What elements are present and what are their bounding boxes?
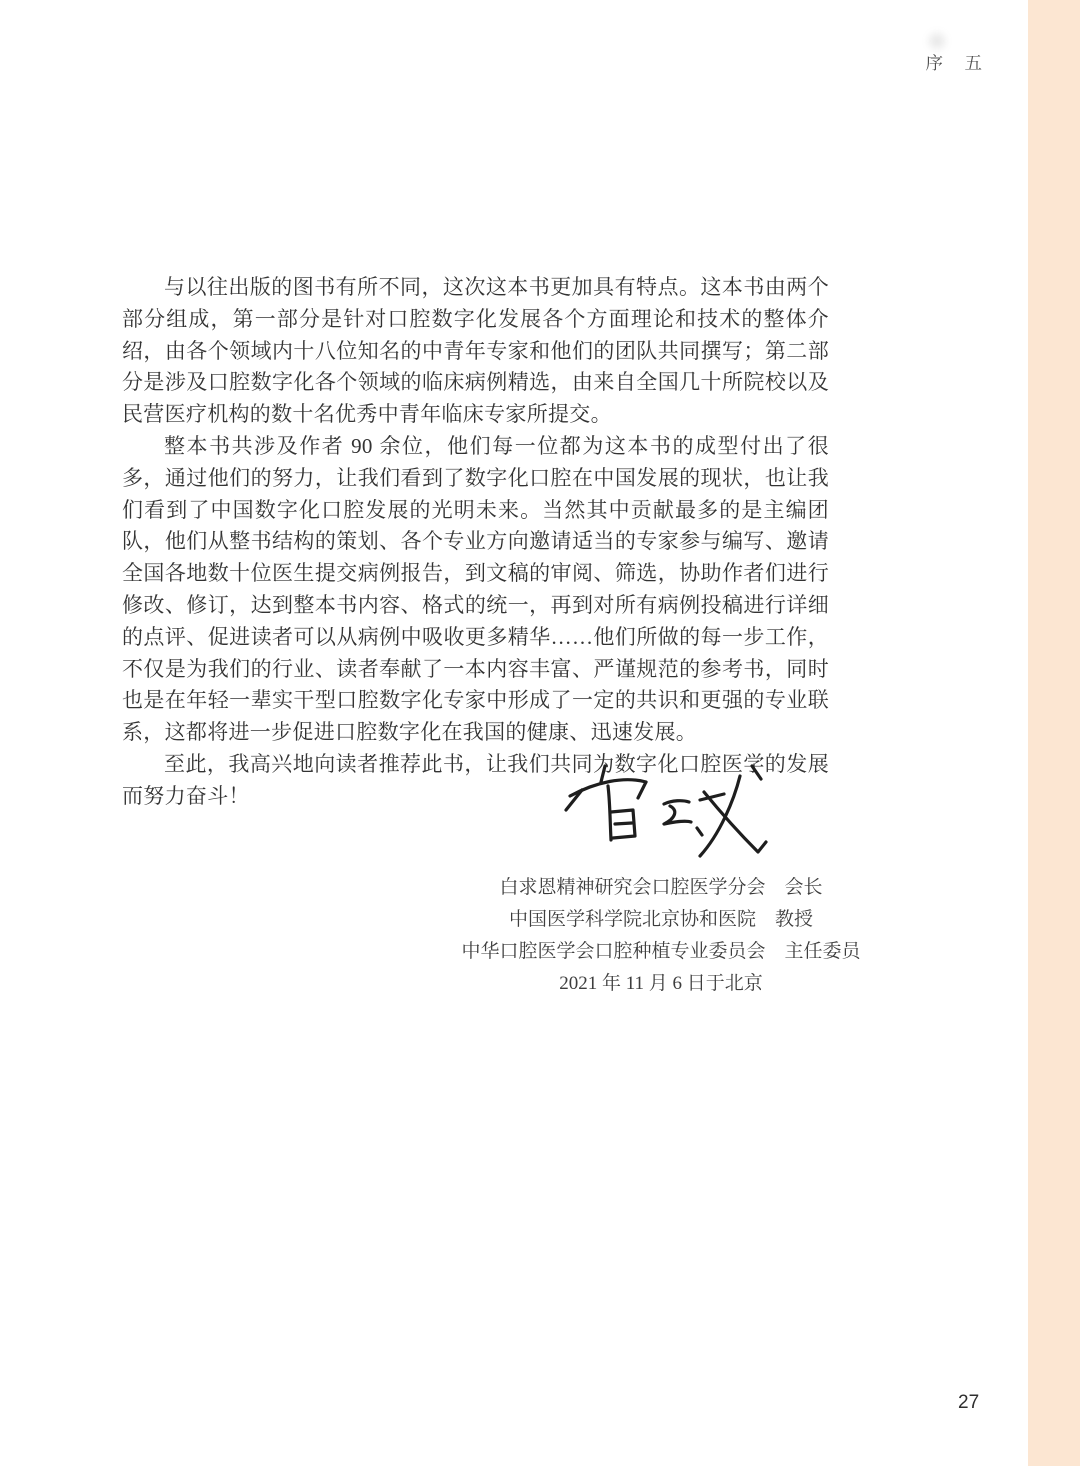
signature-block: 白求恩精神研究会口腔医学分会 会长 中国医学科学院北京协和医院 教授 中华口腔医… (420, 872, 902, 1000)
attribution-line-affiliation-3: 中华口腔医学会口腔种植专业委员会 主任委员 (420, 936, 902, 968)
page-number: 27 (958, 1392, 979, 1414)
attribution-line-date: 2021 年 11 月 6 日于北京 (420, 968, 902, 1000)
book-page: 序 五 与以往出版的图书有所不同，这次这本书更加具有特点。这本书由两个部分组成，… (0, 0, 1080, 1466)
running-header: 序 五 (926, 50, 985, 75)
paragraph-2: 整本书共涉及作者 90 余位，他们每一位都为这本书的成型付出了很多，通过他们的努… (122, 431, 829, 749)
page-edge-accent (1028, 0, 1080, 1466)
attribution-line-affiliation-2: 中国医学科学院北京协和医院 教授 (420, 904, 902, 936)
attribution-line-affiliation-1: 白求恩精神研究会口腔医学分会 会长 (420, 872, 902, 904)
paragraph-1: 与以往出版的图书有所不同，这次这本书更加具有特点。这本书由两个部分组成，第一部分… (122, 272, 829, 431)
preface-body: 与以往出版的图书有所不同，这次这本书更加具有特点。这本书由两个部分组成，第一部分… (122, 272, 829, 813)
handwritten-signature-icon (556, 758, 784, 866)
